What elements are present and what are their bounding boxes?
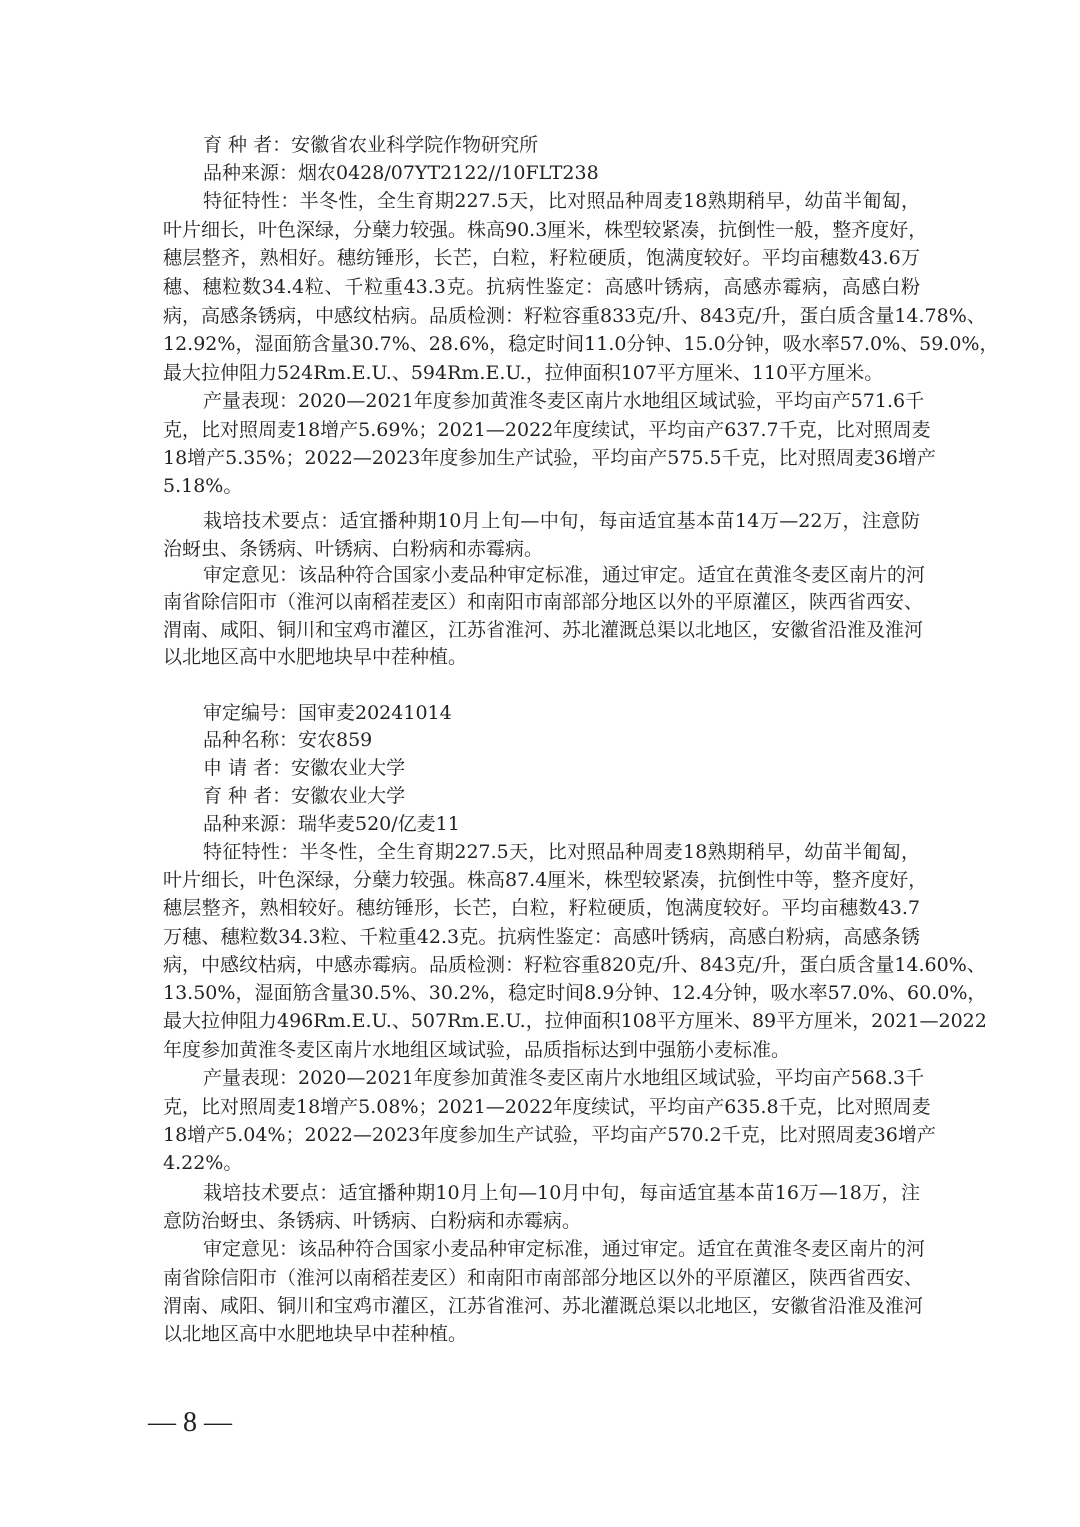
- yield-paragraph-line: 18增产5.04%；2022—2023年度参加生产试验，平均亩产570.2千克，…: [163, 1121, 920, 1149]
- characteristics-paragraph-line: 叶片细长，叶色深绿，分蘖力较强。株高87.4厘米，株型较紧凑，抗倒性中等，整齐度…: [163, 866, 920, 894]
- approval-opinion-line: 南省除信阳市（淮河以南稻茬麦区）和南阳市南部部分地区以外的平原灌区，陕西省西安、: [163, 588, 920, 616]
- approval-opinion-line: 以北地区高中水肥地块早中茬种植。: [163, 643, 920, 671]
- approval-opinion-line: 审定意见：该品种符合国家小麦品种审定标准，通过审定。适宜在黄淮冬麦区南片的河: [203, 561, 920, 589]
- yield-paragraph-line: 产量表现：2020—2021年度参加黄淮冬麦区南片水地组区域试验，平均亩产571…: [203, 387, 920, 415]
- characteristics-paragraph-line: 病，中感纹枯病，中感赤霉病。品质检测：籽粒容重820克/升、843克/升，蛋白质…: [163, 951, 920, 979]
- characteristics-paragraph-line: 年度参加黄淮冬麦区南片水地组区域试验，品质指标达到中强筋小麦标准。: [163, 1036, 920, 1064]
- cultivation-paragraph-line: 栽培技术要点：适宜播种期10月上旬—中旬，每亩适宜基本苗14万—22万，注意防: [203, 507, 920, 535]
- approval-opinion-line: 渭南、咸阳、铜川和宝鸡市灌区，江苏省淮河、苏北灌溉总渠以北地区，安徽省沿淮及淮河: [163, 616, 920, 644]
- characteristics-paragraph-line: 病，高感条锈病，中感纹枯病。品质检测：籽粒容重833克/升、843克/升，蛋白质…: [163, 302, 920, 330]
- characteristics-paragraph-line: 穗层整齐，熟相好。穗纺锤形，长芒，白粒，籽粒硬质，饱满度较好。平均亩穗数43.6…: [163, 244, 920, 272]
- yield-paragraph-line: 产量表现：2020—2021年度参加黄淮冬麦区南片水地组区域试验，平均亩产568…: [203, 1064, 920, 1092]
- yield-paragraph-line: 18增产5.35%；2022—2023年度参加生产试验，平均亩产575.5千克，…: [163, 444, 920, 472]
- characteristics-paragraph-line: 穗、穗粒数34.4粒、千粒重43.3克。抗病性鉴定：高感叶锈病，高感赤霉病，高感…: [163, 273, 920, 301]
- cultivation-paragraph-line: 栽培技术要点：适宜播种期10月上旬—10月中旬，每亩适宜基本苗16万—18万，注: [203, 1179, 920, 1207]
- approval-opinion-line: 渭南、咸阳、铜川和宝鸡市灌区，江苏省淮河、苏北灌溉总渠以北地区，安徽省沿淮及淮河: [163, 1292, 920, 1320]
- variety-source-field: 品种来源：瑞华麦520/亿麦11: [203, 810, 920, 838]
- approval-opinion-line: 南省除信阳市（淮河以南稻茬麦区）和南阳市南部部分地区以外的平原灌区，陕西省西安、: [163, 1264, 920, 1292]
- approval-opinion-line: 以北地区高中水肥地块早中茬种植。: [163, 1320, 920, 1348]
- document-page: 育 种 者：安徽省农业科学院作物研究所 品种来源：烟农0428/07YT2122…: [0, 0, 1080, 1527]
- characteristics-paragraph-line: 13.50%，湿面筋含量30.5%、30.2%，稳定时间8.9分钟、12.4分钟…: [163, 979, 920, 1007]
- characteristics-paragraph-line: 万穗、穗粒数34.3粒、千粒重42.3克。抗病性鉴定：高感叶锈病，高感白粉病，高…: [163, 923, 920, 951]
- characteristics-paragraph-line: 叶片细长，叶色深绿，分蘖力较强。株高90.3厘米，株型较紧凑，抗倒性一般，整齐度…: [163, 216, 920, 244]
- page-number: — 8 —: [148, 1406, 232, 1440]
- yield-paragraph-line: 5.18%。: [163, 472, 920, 500]
- applicant-field: 申 请 者：安徽农业大学: [203, 754, 920, 782]
- variety-source-field: 品种来源：烟农0428/07YT2122//10FLT238: [203, 159, 920, 187]
- characteristics-paragraph-line: 特征特性：半冬性，全生育期227.5天，比对照品种周麦18熟期稍早，幼苗半匍匐，: [203, 838, 920, 866]
- characteristics-paragraph-line: 穗层整齐，熟相较好。穗纺锤形，长芒，白粒，籽粒硬质，饱满度较好。平均亩穗数43.…: [163, 894, 920, 922]
- characteristics-paragraph-line: 特征特性：半冬性，全生育期227.5天，比对照品种周麦18熟期稍早，幼苗半匍匐，: [203, 187, 920, 215]
- characteristics-paragraph-line: 最大拉伸阻力496Rm.E.U.、507Rm.E.U.，拉伸面积108平方厘米、…: [163, 1007, 920, 1035]
- cultivation-paragraph-line: 意防治蚜虫、条锈病、叶锈病、白粉病和赤霉病。: [163, 1207, 920, 1235]
- breeder-field: 育 种 者：安徽省农业科学院作物研究所: [203, 131, 920, 159]
- breeder-field: 育 种 者：安徽农业大学: [203, 782, 920, 810]
- characteristics-paragraph-line: 最大拉伸阻力524Rm.E.U.、594Rm.E.U.，拉伸面积107平方厘米、…: [163, 359, 920, 387]
- yield-paragraph-line: 4.22%。: [163, 1149, 920, 1177]
- yield-paragraph-line: 克，比对照周麦18增产5.69%；2021—2022年度续试，平均亩产637.7…: [163, 416, 920, 444]
- approval-number-field: 审定编号：国审麦20241014: [203, 699, 920, 727]
- yield-paragraph-line: 克，比对照周麦18增产5.08%；2021—2022年度续试，平均亩产635.8…: [163, 1093, 920, 1121]
- variety-name-field: 品种名称：安农859: [203, 726, 920, 754]
- characteristics-paragraph-line: 12.92%，湿面筋含量30.7%、28.6%，稳定时间11.0分钟、15.0分…: [163, 330, 920, 358]
- approval-opinion-line: 审定意见：该品种符合国家小麦品种审定标准，通过审定。适宜在黄淮冬麦区南片的河: [203, 1235, 920, 1263]
- cultivation-paragraph-line: 治蚜虫、条锈病、叶锈病、白粉病和赤霉病。: [163, 535, 920, 563]
